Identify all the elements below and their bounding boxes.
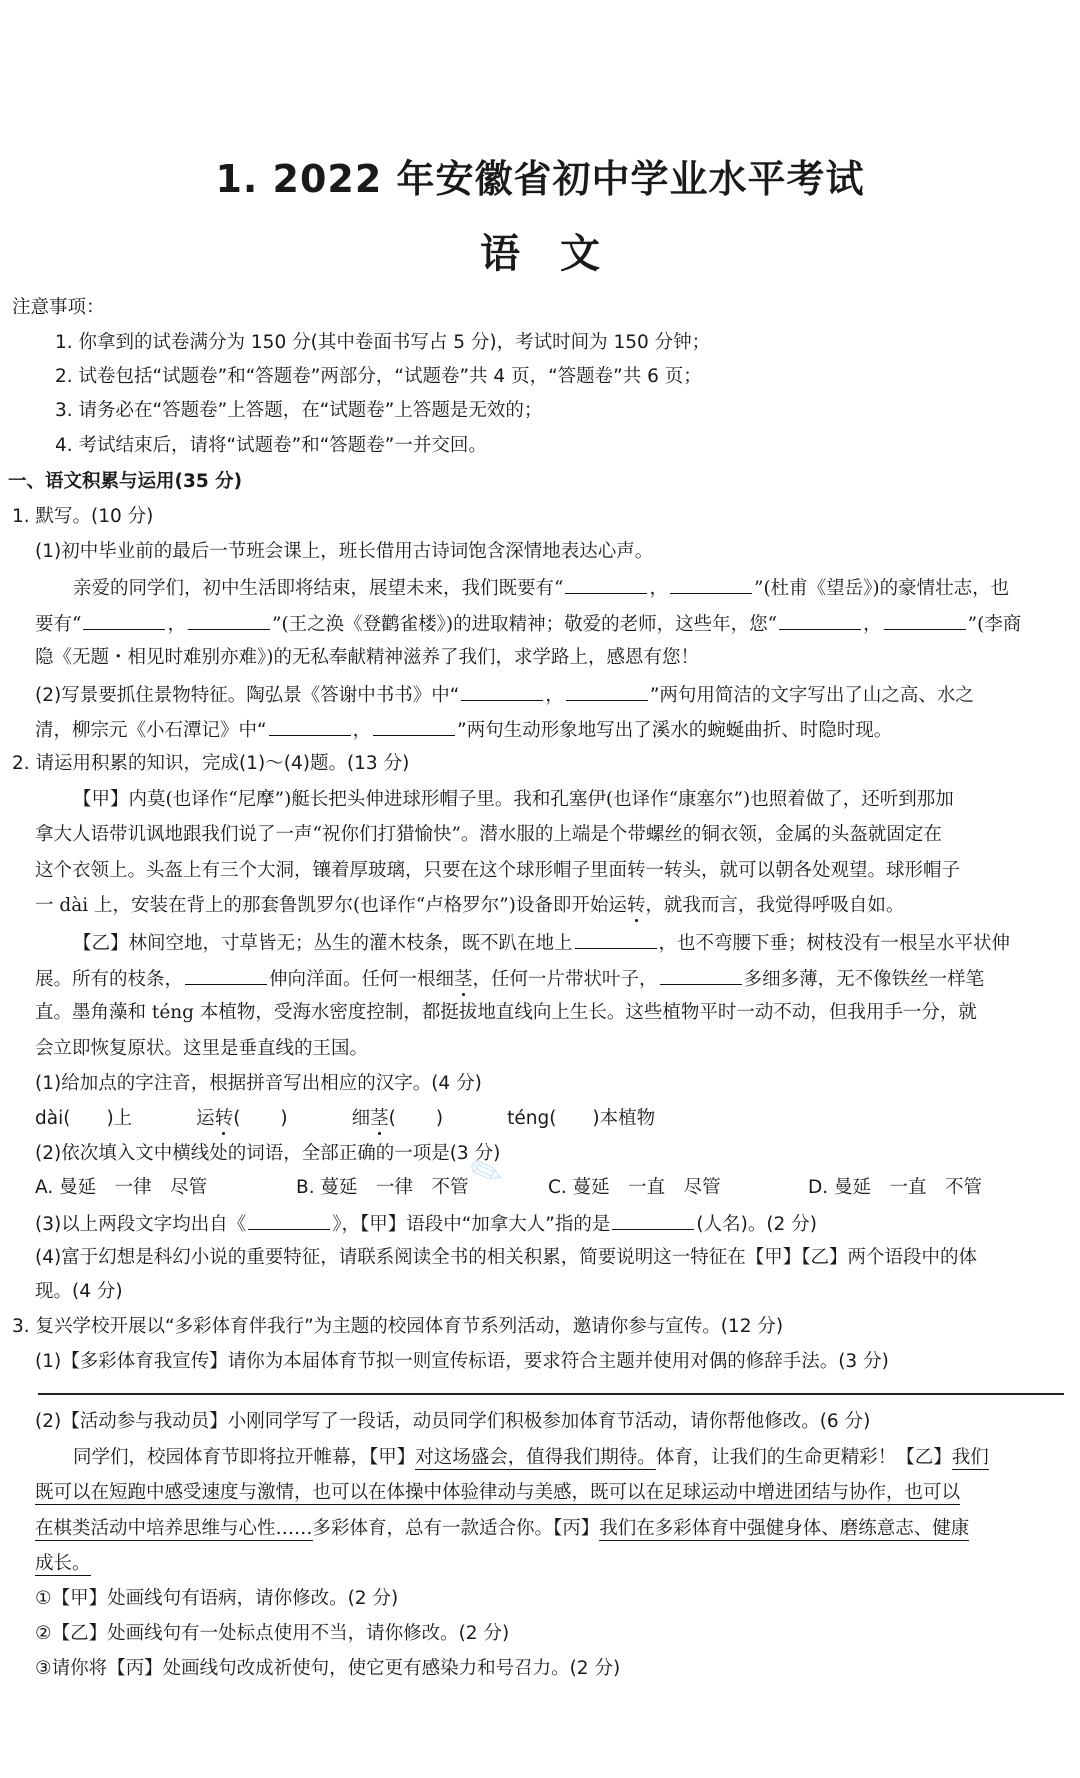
pinyin: dài( xyxy=(35,1108,70,1129)
answer-blank[interactable] xyxy=(461,682,543,701)
exam-page: ✎ 1. 2022 年安徽省初中学业水平考试 语文 注意事项： 1. 你拿到的试… xyxy=(0,0,1080,1778)
answer-blank[interactable] xyxy=(884,611,966,630)
text: 多细多薄，无不像铁丝一样笔 xyxy=(744,969,985,990)
q2-sub4-line1: (4)富于幻想是科幻小说的重要特征，请联系阅读全书的相关积累，简要说明这一特征在… xyxy=(35,1246,977,1270)
underlined-sentence-yi: 在棋类活动中培养思维与心性…… xyxy=(35,1518,313,1541)
answer-line[interactable] xyxy=(38,1393,1064,1395)
text: ， xyxy=(863,614,882,635)
text: ，也不弯腰下垂；树枝没有一根呈水平状伸 xyxy=(659,933,1011,954)
passage-jia-line1: 【甲】内莫(也译作“尼摩”)艇长把头伸进球形帽子里。我和孔塞伊(也译作“康塞尔”… xyxy=(73,788,954,812)
q3-sub2-item2: ②【乙】处画线句有一处标点使用不当，请你修改。(2 分) xyxy=(35,1622,509,1646)
option-a[interactable]: A. 曼延 一律 尽管 xyxy=(35,1176,207,1200)
answer-blank[interactable] xyxy=(779,611,861,630)
answer-blank[interactable] xyxy=(565,575,647,594)
passage-jia-line4: 一 dài 上，安装在背上的那套鲁凯罗尔(也译作“卢格罗尔”)设备即开始运转，就… xyxy=(35,894,904,918)
emphasis-char: 茎 xyxy=(454,969,473,990)
text: 要有“ xyxy=(35,614,81,635)
text: ，任何一片带状叶子， xyxy=(473,969,658,990)
q1-part1-line1: 亲爱的同学们，初中生活即将结束，展望未来，我们既要有“，”(杜甫《望岳》)的豪情… xyxy=(73,575,1009,601)
text: 运 xyxy=(196,1108,215,1129)
q3-paragraph-line4: 成长。 xyxy=(35,1552,91,1576)
text: ”两句生动形象地写出了溪水的蜿蜒曲折、时隐时现。 xyxy=(457,720,892,741)
answer-blank[interactable] xyxy=(269,717,351,736)
q2-sub1-items: dài()上运转()细茎()téng()本植物 xyxy=(35,1107,1075,1131)
underlined-sentence-bing: 我们在多彩体育中强健身体、磨练意志、健康 xyxy=(599,1518,969,1541)
text: 多彩体育，总有一款适合你。【丙】 xyxy=(313,1518,600,1539)
notice-heading: 注意事项： xyxy=(12,296,105,320)
q1-title: 1. 默写。(10 分) xyxy=(12,505,153,529)
q3-title: 3. 复兴学校开展以“多彩体育伴我行”为主题的校园体育节系列活动，邀请你参与宣传… xyxy=(12,1315,783,1339)
q2-sub3: (3)以上两段文字均出自《》，【甲】语段中“加拿大人”指的是(人名)。(2 分) xyxy=(35,1211,817,1237)
answer-blank[interactable] xyxy=(660,966,742,985)
text: 》，【甲】语段中“加拿大人”指的是 xyxy=(332,1214,610,1235)
text: ( xyxy=(389,1108,396,1129)
q2-title: 2. 请运用积累的知识，完成(1)～(4)题。(13 分) xyxy=(12,752,409,776)
emphasis-char: 转 xyxy=(215,1108,234,1129)
text: ”(杜甫《望岳》)的豪情壮志，也 xyxy=(754,578,1009,599)
answer-blank[interactable] xyxy=(83,611,165,630)
q1-part1-prompt: (1)初中毕业前的最后一节班会课上，班长借用古诗词饱含深情地表达心声。 xyxy=(35,540,653,564)
q3-sub2: (2)【活动参与我动员】小刚同学写了一段话，动员同学们积极参加体育节活动，请你帮… xyxy=(35,1410,870,1434)
q3-paragraph-line1: 同学们，校园体育节即将拉开帷幕，【甲】对这场盛会，值得我们期待。体育，让我们的生… xyxy=(73,1446,989,1470)
section-heading: 一、语文积累与运用(35 分) xyxy=(8,470,242,494)
text: ”(李商 xyxy=(968,614,1022,635)
text: ”两句用简洁的文字写出了山之高、水之 xyxy=(650,685,974,706)
text: 细 xyxy=(352,1108,371,1129)
passage-yi-line3: 直。墨角藻和 téng 本植物，受海水密度控制，都挺拔地直线向上生长。这些植物平… xyxy=(35,1001,977,1025)
underlined-sentence-jia: 对这场盛会，值得我们期待。 xyxy=(415,1447,656,1470)
q2-sub1-prompt: (1)给加点的字注音，根据拼音写出相应的汉字。(4 分) xyxy=(35,1072,482,1096)
answer-blank[interactable] xyxy=(566,682,648,701)
emphasis-char: 转 xyxy=(627,895,646,916)
text: ， xyxy=(545,685,564,706)
text: (3)以上两段文字均出自《 xyxy=(35,1214,246,1235)
passage-jia-line2: 拿大人语带讥讽地跟我们说了一声“祝你们打猎愉快”。潜水服的上端是个带螺丝的铜衣领… xyxy=(35,823,942,847)
q1-part2-line1: (2)写景要抓住景物特征。陶弘景《答谢中书书》中“，”两句用简洁的文字写出了山之… xyxy=(35,682,974,708)
text: ) xyxy=(280,1108,287,1129)
passage-yi-line2: 展。所有的枝条，伸向洋面。任何一根细茎，任何一片带状叶子，多细多薄，无不像铁丝一… xyxy=(35,966,984,992)
answer-blank[interactable] xyxy=(670,575,752,594)
answer-blank[interactable] xyxy=(185,966,267,985)
text: 展。所有的枝条， xyxy=(35,969,183,990)
exam-title: 1. 2022 年安徽省初中学业水平考试 xyxy=(0,148,1080,203)
q1-part1-line2: 要有“，”(王之涣《登鹳雀楼》)的进取精神；敬爱的老师，这些年，您“，”(李商 xyxy=(35,611,1021,637)
text: 【乙】林间空地，寸草皆无；丛生的灌木枝条，既不趴在地上 xyxy=(73,933,573,954)
notice-item-3-text: 3. 请务必在“答题卷”上答题，在“试题卷”上答题是无效的； xyxy=(55,400,542,421)
passage-jia-line3: 这个衣领上。头盔上有三个大洞，镶着厚玻璃，只要在这个球形帽子里面转一转头，就可以… xyxy=(35,859,960,883)
text: ”(王之涣《登鹳雀楼》)的进取精神；敬爱的老师，这些年，您“ xyxy=(272,614,777,635)
answer-blank[interactable] xyxy=(575,930,657,949)
text: ， xyxy=(167,614,186,635)
text: ， xyxy=(353,720,372,741)
notice-item-1: 1. 你拿到的试卷满分为 150 分(其中卷面书写占 5 分)，考试时间为 15… xyxy=(55,331,710,355)
text: )上 xyxy=(106,1108,132,1129)
text: 同学们，校园体育节即将拉开帷幕，【甲】 xyxy=(73,1447,415,1468)
text: 清，柳宗元《小石潭记》中“ xyxy=(35,720,267,741)
emphasis-char: 茎 xyxy=(370,1108,389,1129)
answer-blank[interactable] xyxy=(373,717,455,736)
answer-blank[interactable] xyxy=(612,1211,694,1230)
notice-item-2: 2. 试卷包括“试题卷”和“答题卷”两部分，“试题卷”共 4 页，“答题卷”共 … xyxy=(55,365,702,389)
text: ) xyxy=(436,1108,443,1129)
underlined-sentence-yi: 既可以在短跑中感受速度与激情，也可以在体操中体验律动与美感，既可以在足球运动中增… xyxy=(35,1482,960,1505)
text: )本植物 xyxy=(592,1108,655,1129)
option-c[interactable]: C. 蔓延 一直 尽管 xyxy=(548,1176,721,1200)
text: 一 dài 上，安装在背上的那套鲁凯罗尔(也译作“卢格罗尔”)设备即开始运 xyxy=(35,895,627,916)
q2-sub4-line2: 现。(4 分) xyxy=(35,1280,123,1304)
q3-sub2-item3: ③请你将【丙】处画线句改成祈使句，使它更有感染力和号召力。(2 分) xyxy=(35,1657,620,1681)
underlined-sentence-yi: 我们 xyxy=(952,1447,989,1470)
q3-paragraph-line2: 既可以在短跑中感受速度与激情，也可以在体操中体验律动与美感，既可以在足球运动中增… xyxy=(35,1481,960,1505)
text: ，就我而言，我觉得呼吸自如。 xyxy=(645,895,904,916)
underlined-sentence-bing: 成长。 xyxy=(35,1553,91,1576)
passage-yi-line4: 会立即恢复原状。这里是垂直线的王国。 xyxy=(35,1037,368,1061)
notice-item-3: 3. 请务必在“答题卷”上答题，在“试题卷”上答题是无效的； xyxy=(55,399,542,423)
text: ( xyxy=(233,1108,240,1129)
subject-title: 语文 xyxy=(0,222,1080,279)
notice-item-4: 4. 考试结束后，请将“试题卷”和“答题卷”一并交回。 xyxy=(55,434,487,458)
text: 亲爱的同学们，初中生活即将结束，展望未来，我们既要有“ xyxy=(73,578,563,599)
q3-sub1: (1)【多彩体育我宣传】请你为本届体育节拟一则宣传标语，要求符合主题并使用对偶的… xyxy=(35,1350,889,1374)
pinyin: téng( xyxy=(507,1108,556,1129)
option-b[interactable]: B. 蔓延 一律 不管 xyxy=(296,1176,468,1200)
answer-blank[interactable] xyxy=(188,611,270,630)
text: (2)写景要抓住景物特征。陶弘景《答谢中书书》中“ xyxy=(35,685,459,706)
q2-sub2-prompt: (2)依次填入文中横线处的词语，全部正确的一项是(3 分) xyxy=(35,1142,500,1166)
q3-sub2-item1: ①【甲】处画线句有语病，请你修改。(2 分) xyxy=(35,1587,398,1611)
text: 体育，让我们的生命更精彩！【乙】 xyxy=(656,1447,952,1468)
text: (人名)。(2 分) xyxy=(696,1214,817,1235)
text: 伸向洋面。任何一根细 xyxy=(269,969,454,990)
q3-paragraph-line3: 在棋类活动中培养思维与心性……多彩体育，总有一款适合你。【丙】我们在多彩体育中强… xyxy=(35,1517,969,1541)
passage-yi-line1: 【乙】林间空地，寸草皆无；丛生的灌木枝条，既不趴在地上，也不弯腰下垂；树枝没有一… xyxy=(73,930,1010,956)
option-d[interactable]: D. 曼延 一直 不管 xyxy=(808,1176,982,1200)
text: ， xyxy=(649,578,668,599)
answer-blank[interactable] xyxy=(248,1211,330,1230)
q1-part1-line3: 隐《无题・相见时难别亦难》)的无私奉献精神滋养了我们，求学路上，感恩有您！ xyxy=(35,646,699,670)
q1-part2-line2: 清，柳宗元《小石潭记》中“，”两句生动形象地写出了溪水的蜿蜒曲折、时隐时现。 xyxy=(35,717,892,743)
